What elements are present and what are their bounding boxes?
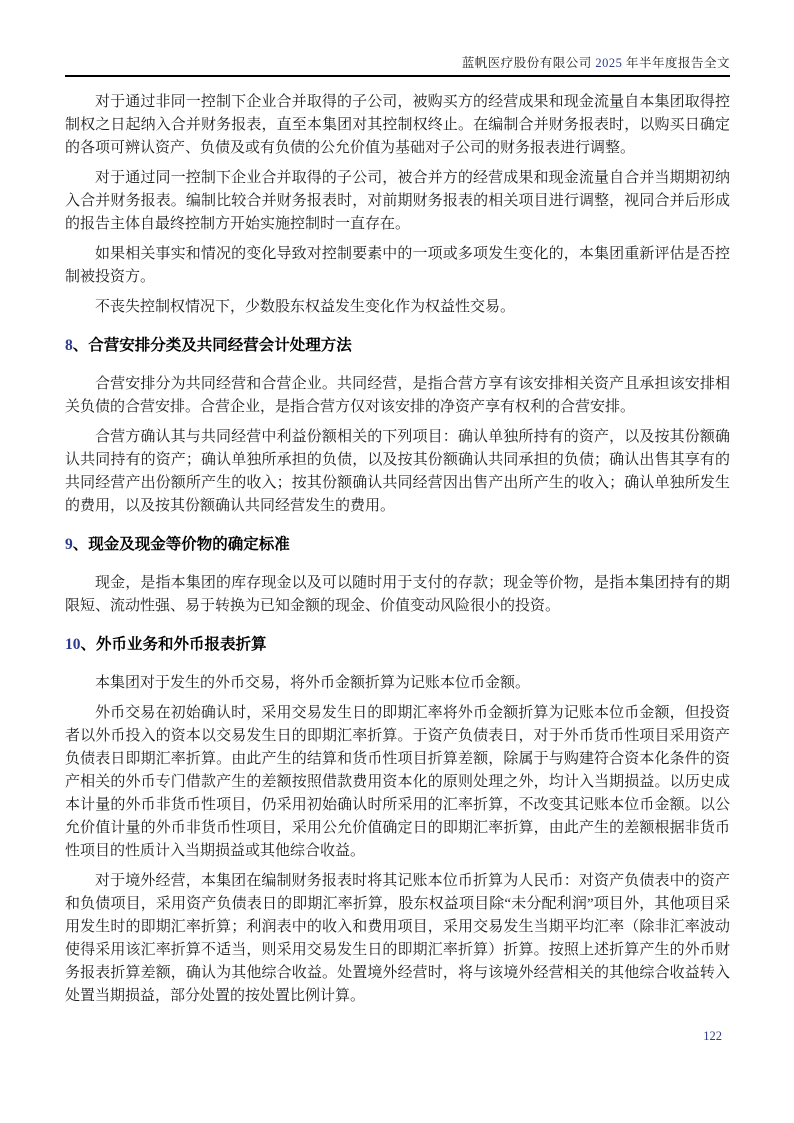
paragraph-control-reassessment: 如果相关事实和情况的变化导致对控制要素中的一项或多项发生变化的，本集团重新评估是… <box>65 243 730 289</box>
header-title: 蓝帆医疗股份有限公司 2025 年半年度报告全文 <box>462 56 730 70</box>
header-year: 2025 <box>595 56 622 70</box>
section-separator: 、 <box>73 536 89 553</box>
paragraph-business-combination-non-common-control: 对于通过非同一控制下企业合并取得的子公司，被购买方的经营成果和现金流量自本集团取… <box>65 91 730 160</box>
section-title: 现金及现金等价物的确定标准 <box>88 536 290 553</box>
section-number: 10 <box>65 636 81 653</box>
paragraph-foreign-currency-translation: 外币交易在初始确认时，采用交易发生日的即期汇率将外币金额折算为记账本位币金额，但… <box>65 702 730 863</box>
header-suffix: 年半年度报告全文 <box>622 56 730 70</box>
section-number: 9 <box>65 536 73 553</box>
page-header: 蓝帆医疗股份有限公司 2025 年半年度报告全文 <box>65 53 730 71</box>
page-number: 122 <box>703 1029 722 1043</box>
report-page: 蓝帆医疗股份有限公司 2025 年半年度报告全文 对于通过非同一控制下企业合并取… <box>0 0 794 1123</box>
header-divider <box>65 75 730 77</box>
section-number: 8 <box>65 337 73 354</box>
paragraph-foreign-operation-translation: 对于境外经营，本集团在编制财务报表时将其记账本位币折算为人民币：对资产负债表中的… <box>65 870 730 1008</box>
section-heading-10: 10、外币业务和外币报表折算 <box>65 633 730 656</box>
paragraph-joint-operation-recognition: 合营方确认其与共同经营中利益份额相关的下列项目：确认单独所持有的资产，以及按其份… <box>65 426 730 518</box>
paragraph-minority-equity-transaction: 不丧失控制权情况下，少数股东权益发生变化作为权益性交易。 <box>65 296 730 319</box>
section-heading-9: 9、现金及现金等价物的确定标准 <box>65 533 730 556</box>
paragraph-business-combination-common-control: 对于通过同一控制下企业合并取得的子公司，被合并方的经营成果和现金流量自合并当期期… <box>65 167 730 236</box>
section-heading-8: 8、合营安排分类及共同经营会计处理方法 <box>65 334 730 357</box>
section-title: 外币业务和外币报表折算 <box>96 636 267 653</box>
section-title: 合营安排分类及共同经营会计处理方法 <box>88 337 352 354</box>
paragraph-cash-equivalents-definition: 现金，是指本集团的库存现金以及可以随时用于支付的存款；现金等价物，是指本集团持有… <box>65 572 730 618</box>
paragraph-joint-arrangement-classification: 合营安排分为共同经营和合营企业。共同经营，是指合营方享有该安排相关资产且承担该安… <box>65 373 730 419</box>
header-company: 蓝帆医疗股份有限公司 <box>462 56 596 70</box>
document-body: 对于通过非同一控制下企业合并取得的子公司，被购买方的经营成果和现金流量自本集团取… <box>65 91 730 1015</box>
section-separator: 、 <box>73 337 89 354</box>
section-separator: 、 <box>81 636 97 653</box>
paragraph-foreign-currency-intro: 本集团对于发生的外币交易，将外币金额折算为记账本位币金额。 <box>65 672 730 695</box>
